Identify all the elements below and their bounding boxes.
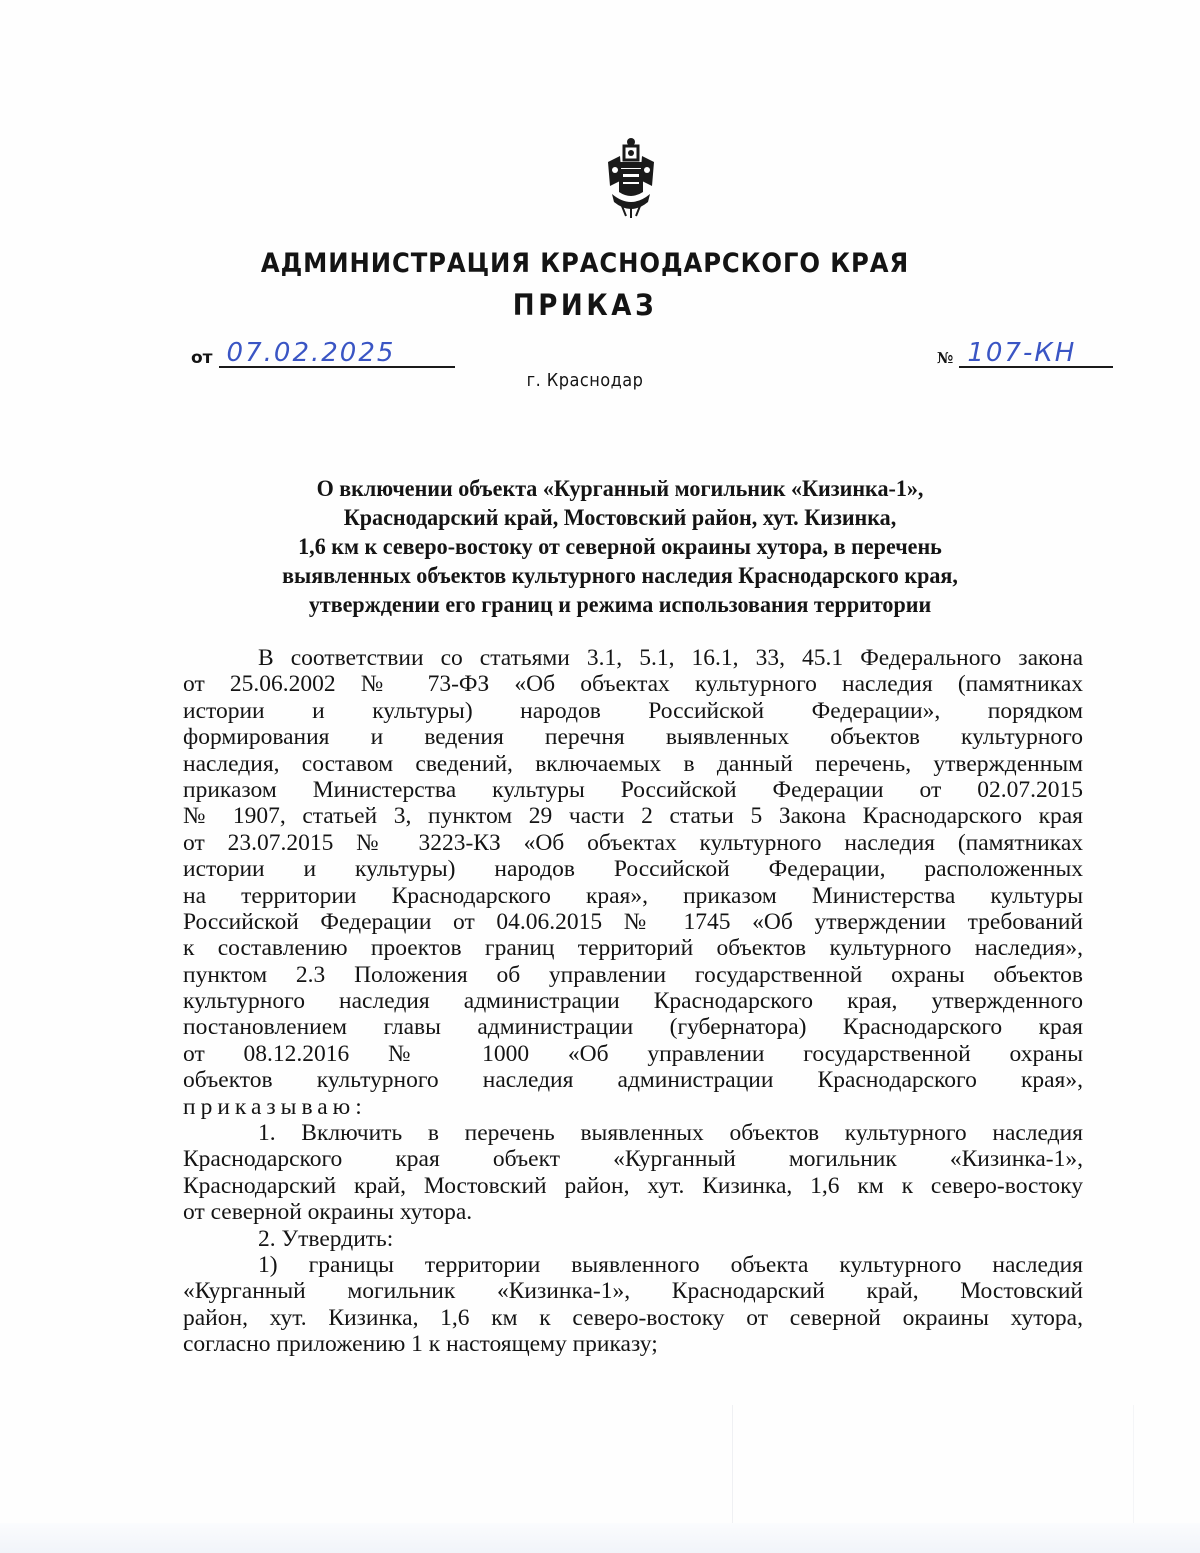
body-line: на территории Краснодарского края», прик… <box>183 883 1083 909</box>
body-line: согласно приложению 1 к настоящему прика… <box>183 1331 1083 1357</box>
subject-line: О включении объекта «Курганный могильник… <box>207 474 1033 503</box>
date-row: от 07.02.2025 <box>191 340 455 368</box>
body-line: Российской Федерации от 04.06.2015 № 174… <box>183 909 1083 935</box>
subject-line: выявленных объектов культурного наследия… <box>207 561 1033 590</box>
order-word: приказываю: <box>183 1094 1083 1120</box>
body-line: пунктом 2.3 Положения об управлении госу… <box>183 962 1083 988</box>
body-line: постановлением главы администрации (губе… <box>183 1014 1083 1040</box>
body-line: от 08.12.2016 № 1000 «Об управлении госу… <box>183 1041 1083 1067</box>
body-line: от северной окраины хутора. <box>183 1199 1083 1225</box>
body-line: 1. Включить в перечень выявленных объект… <box>183 1120 1083 1146</box>
number-row: № 107-КН <box>937 340 1113 368</box>
subject-line: утверждении его границ и режима использо… <box>207 590 1033 619</box>
document-date: 07.02.2025 <box>219 340 455 368</box>
body-line: истории и культуры) народов Российской Ф… <box>183 856 1083 882</box>
number-prefix: № <box>937 348 953 368</box>
item-1: 1. Включить в перечень выявленных объект… <box>183 1120 1083 1226</box>
organization-title: АДМИНИСТРАЦИЯ КРАСНОДАРСКОГО КРАЯ <box>0 248 1170 279</box>
body-line: от 25.06.2002 № 73-ФЗ «Об объектах культ… <box>183 671 1083 697</box>
body-line: Краснодарского края объект «Курганный мо… <box>183 1146 1083 1172</box>
body-line: № 1907, статьей 3, пунктом 29 части 2 ст… <box>183 803 1083 829</box>
body-line: район, хут. Кизинка, 1,6 км к северо-вос… <box>183 1305 1083 1331</box>
item-2: 2. Утвердить: 1) границы территории выяв… <box>183 1226 1083 1358</box>
document-page: АДМИНИСТРАЦИЯ КРАСНОДАРСКОГО КРАЯ ПРИКАЗ… <box>0 0 1200 1553</box>
body-line: объектов культурного наследия администра… <box>183 1067 1083 1093</box>
body-line: 1) границы территории выявленного объект… <box>183 1252 1083 1278</box>
subject-line: 1,6 км к северо-востоку от северной окра… <box>207 532 1033 561</box>
document-body: В соответствии со статьями 3.1, 5.1, 16.… <box>183 645 1083 1358</box>
bleed-through-stamp <box>732 1405 1134 1531</box>
body-line: приказом Министерства культуры Российско… <box>183 777 1083 803</box>
date-prefix: от <box>191 348 213 368</box>
scan-edge <box>0 1523 1200 1553</box>
body-line: «Курганный могильник «Кизинка-1», Красно… <box>183 1278 1083 1304</box>
item-2-heading: 2. Утвердить: <box>183 1226 1083 1252</box>
body-line: культурного наследия администрации Красн… <box>183 988 1083 1014</box>
city: г. Краснодар <box>0 370 1170 391</box>
coat-of-arms-icon <box>604 136 658 220</box>
body-line: истории и культуры) народов Российской Ф… <box>183 698 1083 724</box>
body-line: Краснодарский край, Мостовский район, ху… <box>183 1173 1083 1199</box>
document-number: 107-КН <box>959 340 1113 368</box>
body-line: формирования и ведения перечня выявленны… <box>183 724 1083 750</box>
subject-line: Краснодарский край, Мостовский район, ху… <box>207 503 1033 532</box>
body-line: к составлению проектов границ территорий… <box>183 935 1083 961</box>
preamble-paragraph: В соответствии со статьями 3.1, 5.1, 16.… <box>183 645 1083 1120</box>
body-line: В соответствии со статьями 3.1, 5.1, 16.… <box>183 645 1083 671</box>
body-line: наследия, составом сведений, включаемых … <box>183 751 1083 777</box>
document-subject: О включении объекта «Курганный могильник… <box>207 474 1033 619</box>
body-line: от 23.07.2015 № 3223-КЗ «Об объектах кул… <box>183 830 1083 856</box>
document-type: ПРИКАЗ <box>0 288 1170 322</box>
